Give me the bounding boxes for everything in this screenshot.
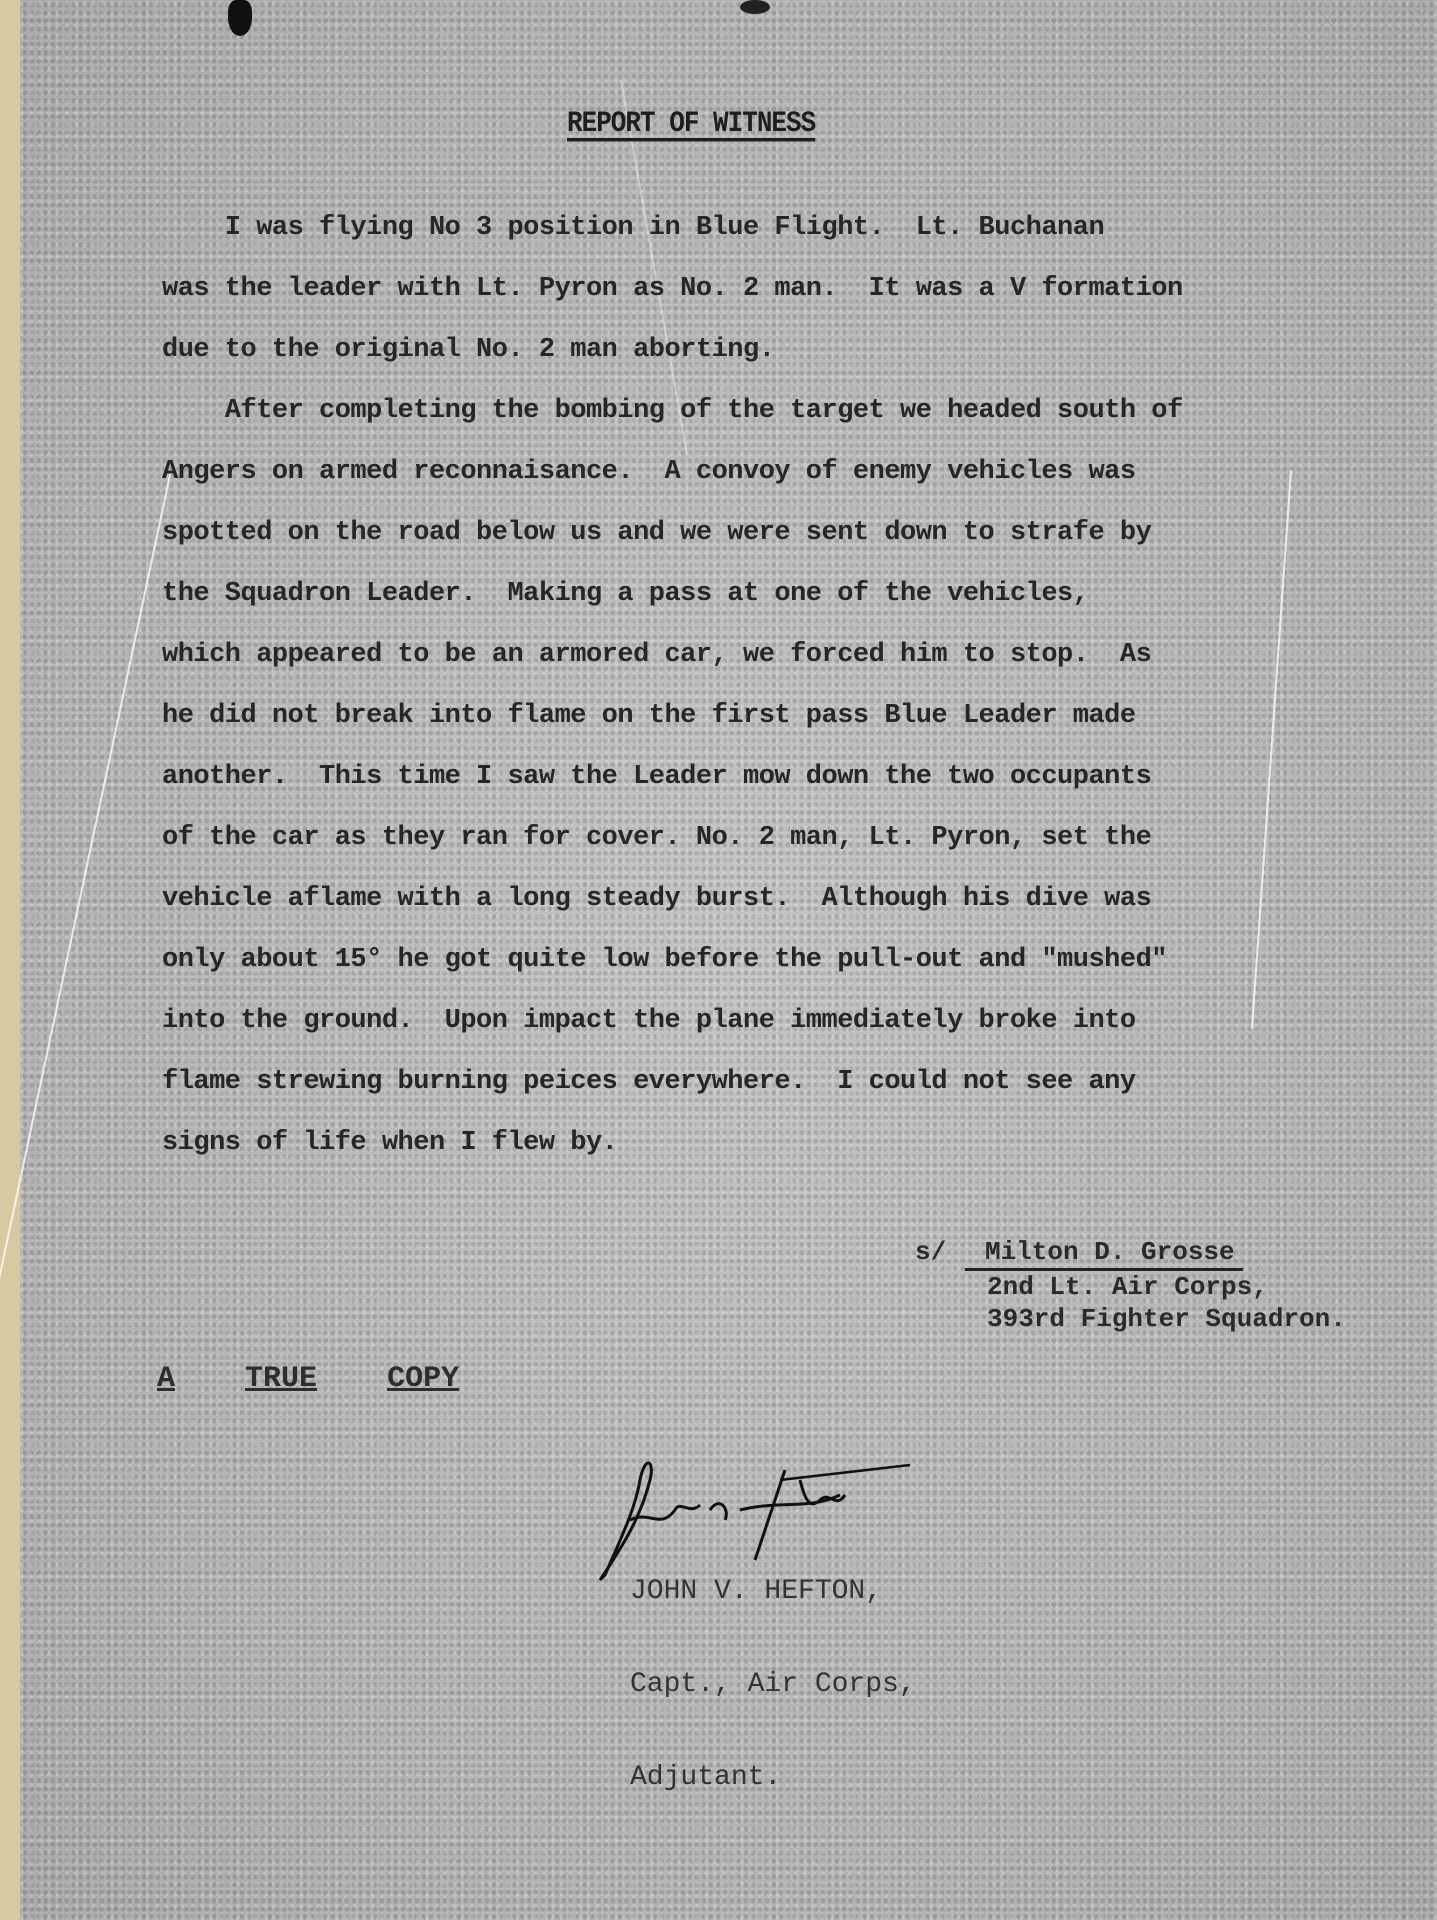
body-line: signs of life when I flew by. [162,1113,1342,1174]
body-line: into the ground. Upon impact the plane i… [162,991,1342,1052]
adjutant-rank: Capt., Air Corps, [630,1669,916,1700]
document-title: REPORT OF WITNESS [567,106,815,141]
body-line: of the car as they ran for cover. No. 2 … [162,808,1342,869]
report-body: I was flying No 3 position in Blue Fligh… [162,198,1342,1174]
ink-blot [228,0,252,36]
true-copy-word: TRUE [245,1362,317,1396]
adjutant-name: JOHN V. HEFTON, [630,1576,916,1607]
witness-rank: 2nd Lt. Air Corps, [915,1271,1346,1303]
body-line: the Squadron Leader. Making a pass at on… [162,564,1342,625]
witness-name: Milton D. Grosse [965,1236,1243,1271]
body-line: another. This time I saw the Leader mow … [162,747,1342,808]
body-line: Angers on armed reconnaisance. A convoy … [162,442,1342,503]
witness-signature-block: s/Milton D. Grosse 2nd Lt. Air Corps, 39… [915,1236,1346,1335]
true-copy-word: COPY [387,1362,459,1396]
body-line: only about 15° he got quite low before t… [162,930,1342,991]
scan-scratch [0,470,172,1351]
adjutant-signature-block: JOHN V. HEFTON, Capt., Air Corps, Adjuta… [630,1514,916,1824]
body-line: I was flying No 3 position in Blue Fligh… [162,198,1342,259]
true-copy-stamp: A TRUE COPY [157,1362,471,1396]
body-line: was the leader with Lt. Pyron as No. 2 m… [162,259,1342,320]
body-line: due to the original No. 2 man aborting. [162,320,1342,381]
body-line: spotted on the road below us and we were… [162,503,1342,564]
body-line: flame strewing burning peices everywhere… [162,1052,1342,1113]
ink-blot [740,0,770,14]
body-line: which appeared to be an armored car, we … [162,625,1342,686]
true-copy-word: A [157,1362,175,1396]
witness-unit: 393rd Fighter Squadron. [915,1303,1346,1335]
body-line: After completing the bombing of the targ… [162,381,1342,442]
body-line: he did not break into flame on the first… [162,686,1342,747]
signature-prefix: s/ [915,1236,965,1268]
body-line: vehicle aflame with a long steady burst.… [162,869,1342,930]
adjutant-title: Adjutant. [630,1762,916,1793]
scan-border [0,0,20,1920]
